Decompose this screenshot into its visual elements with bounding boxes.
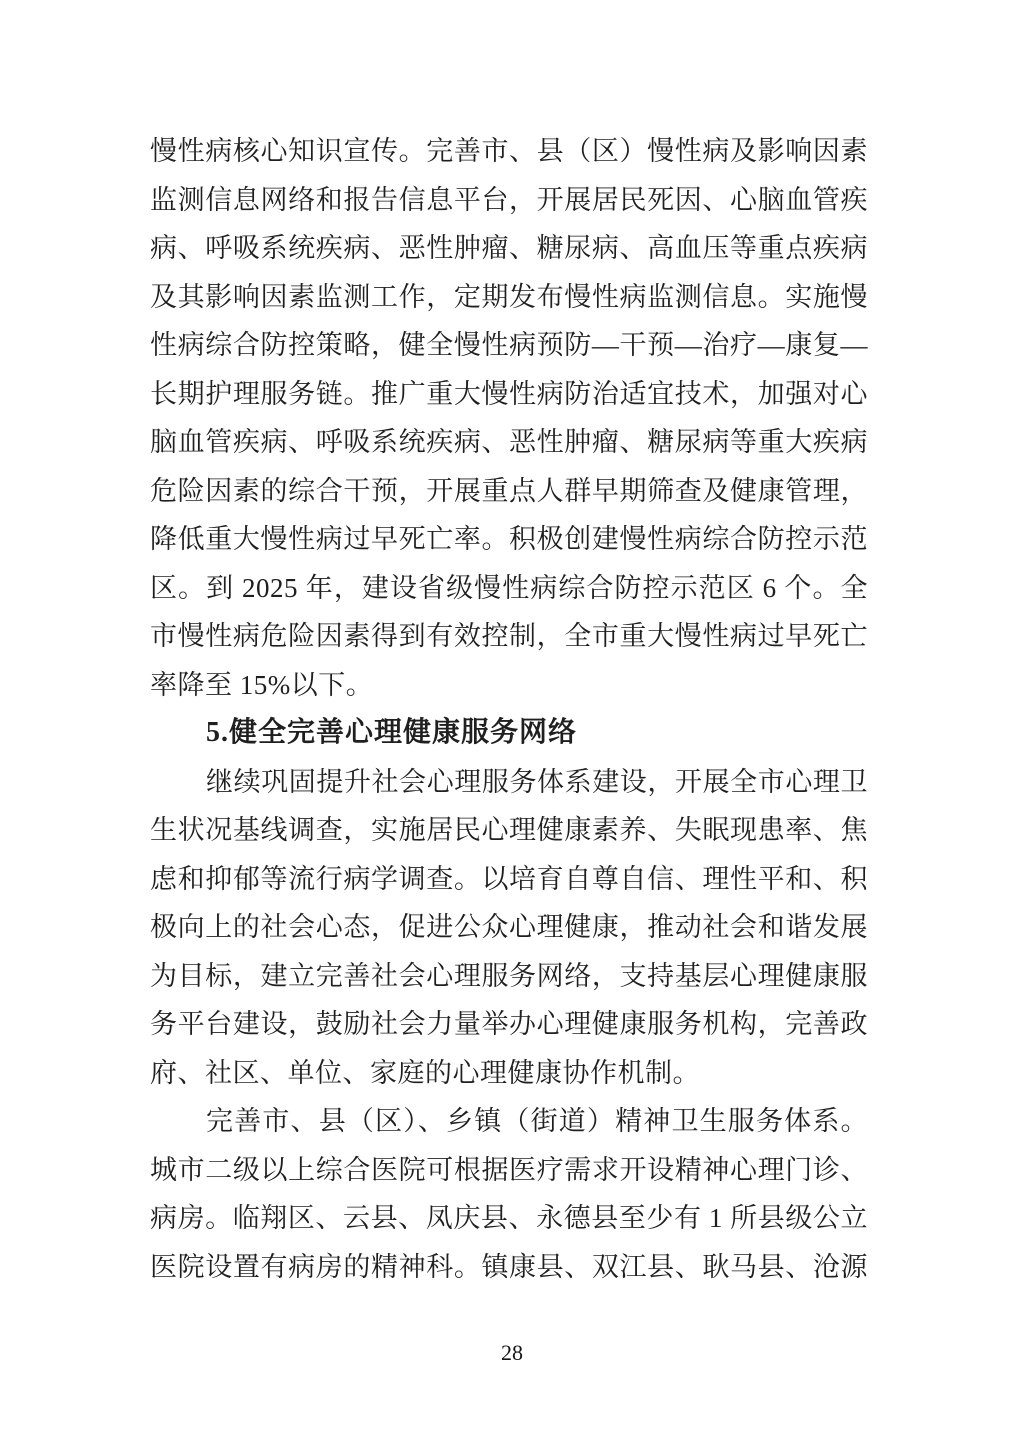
- text-line: 继续巩固提升社会心理服务体系建设，开展全市心理卫: [150, 758, 868, 807]
- text-line: 病房。临翔区、云县、凤庆县、永德县至少有 1 所县级公立: [150, 1194, 868, 1243]
- text-line: 性病综合防控策略，健全慢性病预防—干预—治疗—康复—: [150, 321, 868, 370]
- text-line: 为目标，建立完善社会心理服务网络，支持基层心理健康服: [150, 952, 868, 1001]
- text-line: 生状况基线调查，实施居民心理健康素养、失眠现患率、焦: [150, 806, 868, 855]
- text-line: 虑和抑郁等流行病学调查。以培育自尊自信、理性平和、积: [150, 855, 868, 904]
- text-line: 极向上的社会心态，促进公众心理健康，推动社会和谐发展: [150, 903, 868, 952]
- text-line: 监测信息网络和报告信息平台，开展居民死因、心脑血管疾: [150, 176, 868, 225]
- text-line: 完善市、县（区）、乡镇（街道）精神卫生服务体系。: [150, 1097, 868, 1146]
- text-line: 府、社区、单位、家庭的心理健康协作机制。: [150, 1049, 868, 1098]
- text-line: 慢性病核心知识宣传。完善市、县（区）慢性病及影响因素: [150, 127, 868, 176]
- text-line: 病、呼吸系统疾病、恶性肿瘤、糖尿病、高血压等重点疾病: [150, 224, 868, 273]
- document-body: 慢性病核心知识宣传。完善市、县（区）慢性病及影响因素 监测信息网络和报告信息平台…: [150, 127, 868, 1291]
- page-number: 28: [0, 1338, 1024, 1368]
- document-page: 慢性病核心知识宣传。完善市、县（区）慢性病及影响因素 监测信息网络和报告信息平台…: [0, 0, 1024, 1448]
- text-line: 长期护理服务链。推广重大慢性病防治适宜技术，加强对心: [150, 370, 868, 419]
- text-line: 脑血管疾病、呼吸系统疾病、恶性肿瘤、糖尿病等重大疾病: [150, 418, 868, 467]
- text-line: 市慢性病危险因素得到有效控制，全市重大慢性病过早死亡: [150, 612, 868, 661]
- text-line: 医院设置有病房的精神科。镇康县、双江县、耿马县、沧源: [150, 1243, 868, 1292]
- text-line: 区。到 2025 年，建设省级慢性病综合防控示范区 6 个。全: [150, 564, 868, 613]
- text-line: 危险因素的综合干预，开展重点人群早期筛查及健康管理，: [150, 467, 868, 516]
- text-line: 务平台建设，鼓励社会力量举办心理健康服务机构，完善政: [150, 1000, 868, 1049]
- text-line: 及其影响因素监测工作，定期发布慢性病监测信息。实施慢: [150, 273, 868, 322]
- text-line: 城市二级以上综合医院可根据医疗需求开设精神心理门诊、: [150, 1146, 868, 1195]
- text-line: 降低重大慢性病过早死亡率。积极创建慢性病综合防控示范: [150, 515, 868, 564]
- text-line: 率降至 15%以下。: [150, 661, 868, 710]
- section-heading: 5.健全完善心理健康服务网络: [150, 709, 868, 758]
